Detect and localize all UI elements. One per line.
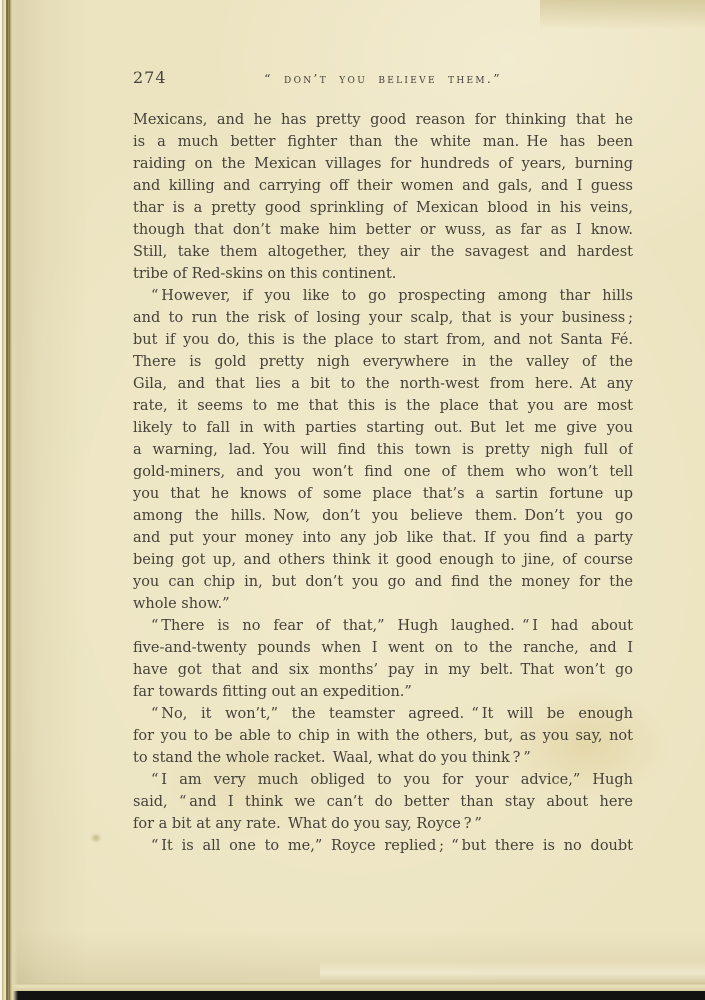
book-page-scan: 274 “ don’t you believe them.” Mexicans,…	[0, 0, 705, 1000]
paper-page: 274 “ don’t you believe them.” Mexicans,…	[0, 0, 705, 991]
text-line: is a much better fighter than the white …	[133, 131, 633, 153]
text-line: Gila, and that lies a bit to the north-w…	[133, 373, 633, 395]
text-line: being got up, and others think it good e…	[133, 549, 633, 571]
text-line: likely to fall in with parties starting …	[133, 417, 633, 439]
text-line: gold-miners, and you won’t find one of t…	[133, 461, 633, 483]
text-line: to stand the whole racket. Waal, what do…	[133, 747, 633, 769]
running-title: “ don’t you believe them.”	[133, 71, 633, 86]
text-line: for you to be able to chip in with the o…	[133, 725, 633, 747]
text-line: and to run the risk of losing your scalp…	[133, 307, 633, 329]
text-line: but if you do, this is the place to star…	[133, 329, 633, 351]
paragraph: Mexicans, and he has pretty good reason …	[133, 109, 633, 285]
text-line: rate, it seems to me that this is the pl…	[133, 395, 633, 417]
text-line: “ There is no fear of that,” Hugh laughe…	[133, 615, 633, 637]
book-binding-edge	[0, 0, 18, 1000]
text-line: five-and-twenty pounds when I went on to…	[133, 637, 633, 659]
text-line: you can chip in, but don’t you go and fi…	[133, 571, 633, 593]
text-line: a warning, lad. You will find this town …	[133, 439, 633, 461]
text-line: “ However, if you like to go prospecting…	[133, 285, 633, 307]
text-line: far towards fitting out an expedition.”	[133, 681, 633, 703]
text-line: whole show.”	[133, 593, 633, 615]
text-line: and put your money into any job like tha…	[133, 527, 633, 549]
text-line: raiding on the Mexican villages for hund…	[133, 153, 633, 175]
text-line: “ I am very much obliged to you for your…	[133, 769, 633, 791]
text-line: “ It is all one to me,” Royce replied ; …	[133, 835, 633, 857]
text-line: have got that and six months’ pay in my …	[133, 659, 633, 681]
running-head: 274 “ don’t you believe them.”	[133, 68, 633, 90]
book-bottom-page-edges	[2, 983, 705, 991]
text-line: said, “ and I think we can’t do better t…	[133, 791, 633, 813]
paragraph: “ There is no fear of that,” Hugh laughe…	[133, 615, 633, 703]
paragraph: “ It is all one to me,” Royce replied ; …	[133, 835, 633, 857]
paragraph: “ I am very much obliged to you for your…	[133, 769, 633, 835]
text-line: There is gold pretty nigh everywhere in …	[133, 351, 633, 373]
page-content: 274 “ don’t you believe them.” Mexicans,…	[133, 68, 633, 857]
paper-stain	[540, 0, 705, 30]
underlying-page-edges-highlight	[320, 961, 705, 983]
text-line: for a bit at any rate. What do you say, …	[133, 813, 633, 835]
text-line: “ No, it won’t,” the teamster agreed. “ …	[133, 703, 633, 725]
text-line: thar is a pretty good sprinkling of Mexi…	[133, 197, 633, 219]
text-line: Still, take them altogether, they air th…	[133, 241, 633, 263]
paper-stain	[90, 833, 102, 843]
text-line: and killing and carrying off their women…	[133, 175, 633, 197]
text-line: tribe of Red-skins on this continent.	[133, 263, 633, 285]
text-line: you that he knows of some place that’s a…	[133, 483, 633, 505]
paragraph: “ No, it won’t,” the teamster agreed. “ …	[133, 703, 633, 769]
paragraph: “ However, if you like to go prospecting…	[133, 285, 633, 615]
text-line: among the hills. Now, don’t you believe …	[133, 505, 633, 527]
text-line: though that don’t make him better or wus…	[133, 219, 633, 241]
text-line: Mexicans, and he has pretty good reason …	[133, 109, 633, 131]
page-text: Mexicans, and he has pretty good reason …	[133, 109, 633, 857]
